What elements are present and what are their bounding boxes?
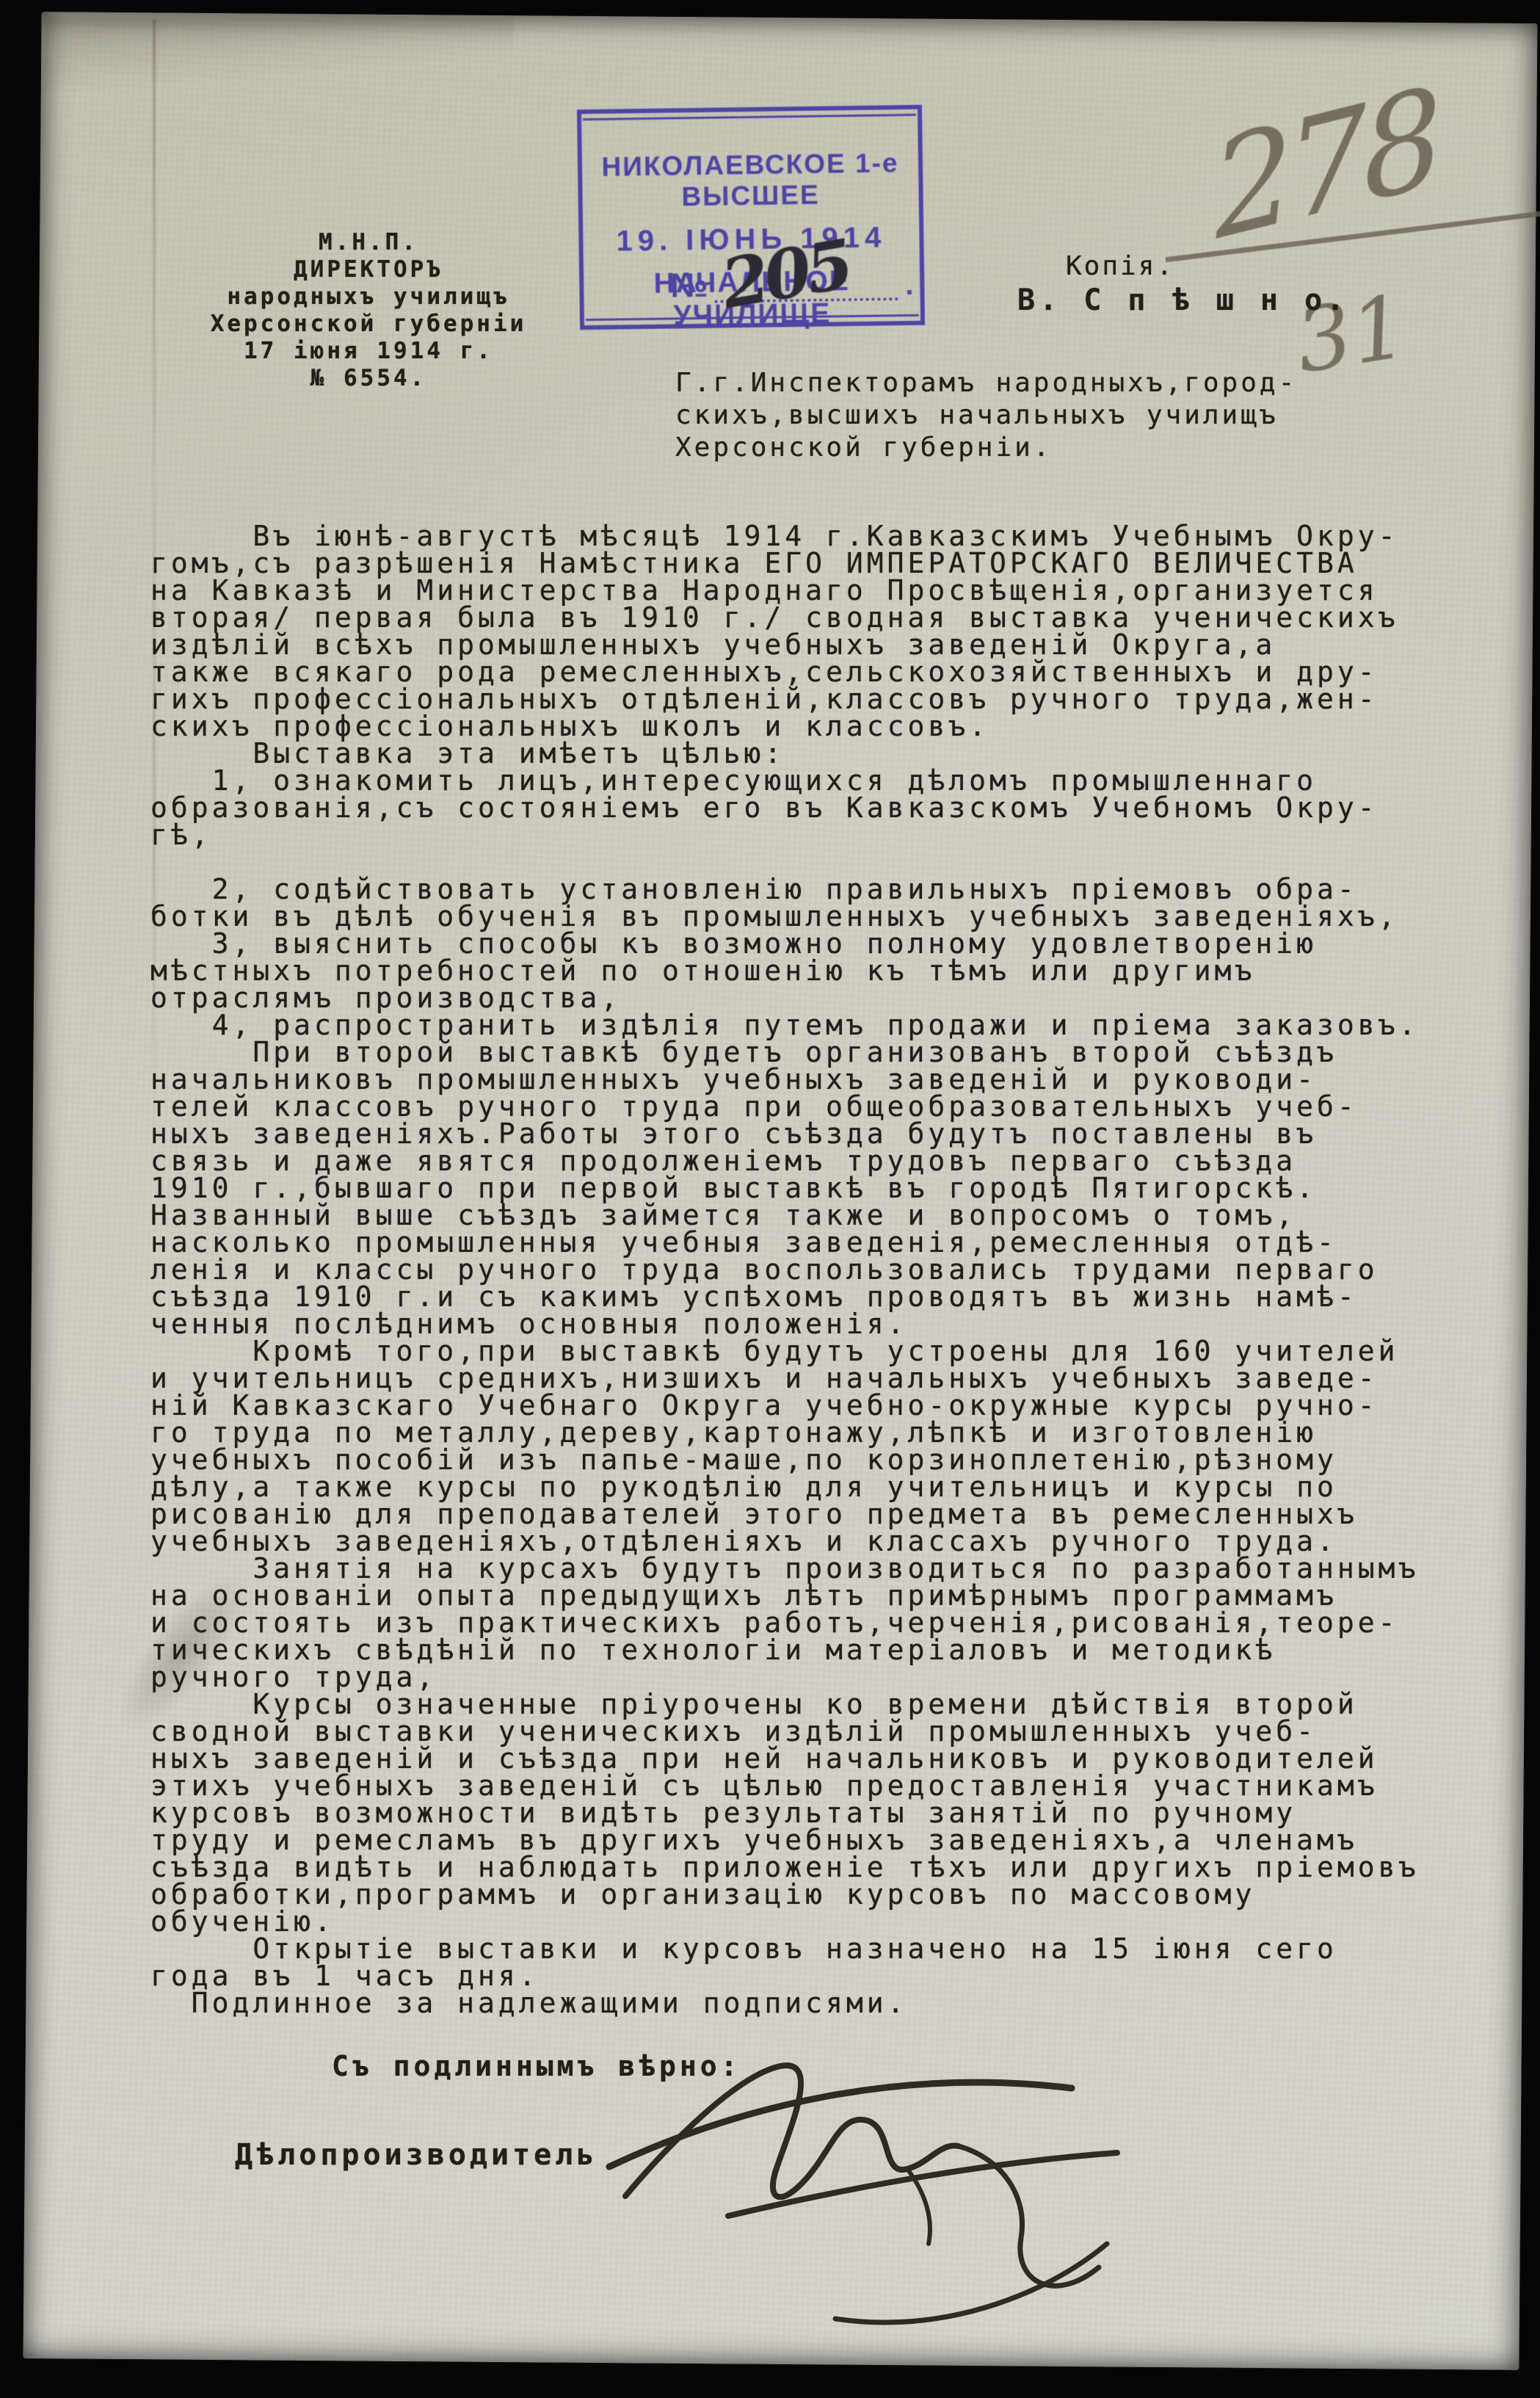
body-line: дѣлу,а также курсы по рукодѣлію для учит… — [150, 1474, 1419, 1501]
body-line: труду и ремесламъ въ другихъ учебныхъ за… — [150, 1827, 1419, 1854]
body-line: гѣ, — [150, 822, 1419, 849]
addressee-line: Херсонской губерніи. — [675, 432, 1297, 464]
body-line: съѣзда видѣть и наблюдать приложеніе тѣх… — [150, 1854, 1419, 1881]
body-line: на Кавказѣ и Министерства Народнаго Прос… — [150, 577, 1419, 604]
body-line: сводной выставки ученическихъ издѣлій пр… — [150, 1718, 1419, 1745]
body-line: года въ 1 часъ дня. — [150, 1963, 1419, 1990]
scanned-document-page: М.Н.П.ДИРЕКТОРЪнародныхъ училищъХерсонск… — [0, 0, 1540, 2398]
body-line: Открытіе выставки и курсовъ назначено на… — [150, 1935, 1419, 1963]
addressee-line: скихъ,высшихъ начальныхъ училищъ — [675, 399, 1297, 432]
body-line: издѣлій всѣхъ промышленныхъ учебныхъ зав… — [150, 631, 1419, 659]
body-line: тическихъ свѣдѣній по технологіи матеріа… — [150, 1637, 1419, 1664]
document-body: Въ іюнѣ-августѣ мѣсяцѣ 1914 г.Кавказским… — [150, 523, 1419, 2017]
stamp-school-name-line1: НИКОЛАЕВСКОЕ 1-е ВЫСШЕЕ — [582, 148, 919, 214]
body-line: телей классовъ ручного труда при общеобр… — [150, 1093, 1419, 1120]
body-line: курсовъ возможности видѣть результаты за… — [150, 1800, 1419, 1827]
body-line: и учительницъ среднихъ,низшихъ и начальн… — [150, 1365, 1419, 1392]
body-line: При второй выставкѣ будетъ организованъ … — [150, 1039, 1419, 1066]
stamp-handwritten-number: 205 — [716, 224, 855, 324]
body-line — [150, 849, 1419, 876]
letterhead-line: ДИРЕКТОРЪ — [181, 256, 556, 283]
body-line: 3, выяснить способы къ возможно полному … — [150, 930, 1419, 957]
stamp-period: . — [905, 269, 914, 302]
letterhead: М.Н.П.ДИРЕКТОРЪнародныхъ училищъХерсонск… — [181, 229, 556, 392]
letterhead-line: М.Н.П. — [181, 229, 556, 256]
letterhead-line: народныхъ училищъ — [181, 283, 556, 311]
body-line: 1, ознакомить лицъ,интересующихся дѣломъ… — [150, 767, 1419, 794]
body-line: ченныя послѣднимъ основныя положенія. — [150, 1311, 1419, 1338]
letterhead-line: Херсонской губерніи — [181, 311, 556, 338]
body-line: 2, содѣйствовать установленію правильных… — [150, 876, 1419, 903]
letterhead-line: № 6554. — [181, 365, 556, 392]
copy-label: Копія. — [1066, 251, 1174, 281]
body-line: 4, распространить издѣлія путемъ продажи… — [150, 1012, 1419, 1039]
body-line: образованія,съ состояніемъ его въ Кавказ… — [150, 794, 1419, 822]
body-line: обученію. — [150, 1908, 1419, 1935]
body-line: ній Кавказскаго Учебнаго Округа учебно-о… — [150, 1392, 1419, 1419]
body-line: ручного труда, — [150, 1664, 1419, 1691]
body-line: вторая/ первая была въ 1910 г./ сводная … — [150, 604, 1419, 631]
body-line: Занятія на курсахъ будутъ производиться … — [150, 1555, 1419, 1582]
clerk-signature — [558, 2024, 1145, 2347]
letterhead-line: 17 іюня 1914 г. — [181, 338, 556, 365]
stamp-number-row: № . 205 — [584, 256, 920, 312]
body-line: скихъ профессіональныхъ школъ и классовъ… — [150, 713, 1419, 740]
body-line: го труда по металлу,дереву,картонажу,лѣп… — [150, 1419, 1419, 1446]
body-line: на основаніи опыта предыдущихъ лѣтъ прим… — [150, 1582, 1419, 1609]
body-line: этихъ учебныхъ заведеній съ цѣлью предос… — [150, 1772, 1419, 1800]
body-line: начальниковъ промышленныхъ учебныхъ заве… — [150, 1066, 1419, 1093]
body-line: отраслямъ производства, — [150, 985, 1419, 1012]
body-line: Выставка эта имѣетъ цѣлью: — [150, 740, 1419, 767]
urgent-label: В. С п ѣ ш н о. — [1017, 283, 1348, 317]
body-line: ботки въ дѣлѣ обученія въ промышленныхъ … — [150, 903, 1419, 930]
body-line: ленія и классы ручного труда воспользова… — [150, 1256, 1419, 1283]
body-line: Названный выше съѣздъ займется также и в… — [150, 1202, 1419, 1229]
body-line: съѣзда 1910 г.и съ какимъ успѣхомъ прово… — [150, 1283, 1419, 1311]
body-line: учебныхъ пособій изъ папье-маше,по корзи… — [150, 1446, 1419, 1474]
clerk-title: Дѣлопроизводитель — [235, 2138, 598, 2172]
body-line: ныхъ заведеній и съѣзда при ней начальни… — [150, 1745, 1419, 1772]
body-line: рисованію для преподавателей этого предм… — [150, 1501, 1419, 1528]
addressee-block: Г.г.Инспекторамъ народныхъ,город-скихъ,в… — [675, 367, 1297, 464]
body-line: учебныхъ заведеніяхъ,отдѣленіяхъ и класс… — [150, 1528, 1419, 1555]
body-line: ныхъ заведеніяхъ.Работы этого съѣзда буд… — [150, 1120, 1419, 1148]
body-line: гихъ профессіональныхъ отдѣленій,классов… — [150, 686, 1419, 713]
body-line: Подлинное за надлежащими подписями. — [150, 1990, 1419, 2017]
body-line: Курсы означенные пріурочены ко времени д… — [150, 1691, 1419, 1718]
body-line: обработки,программъ и организацію курсов… — [150, 1881, 1419, 1908]
body-line: насколько промышленныя учебныя заведенія… — [150, 1229, 1419, 1256]
body-line: Кромѣ того,при выставкѣ будутъ устроены … — [150, 1338, 1419, 1365]
body-line: и состоять изъ практическихъ работъ,черч… — [150, 1609, 1419, 1637]
body-line: гомъ,съ разрѣшенія Намѣстника ЕГО ИМПЕРА… — [150, 550, 1419, 577]
body-line: также всякаго рода ремесленныхъ,сельскох… — [150, 659, 1419, 686]
body-line: связь и даже явятся продолженіемъ трудов… — [150, 1148, 1419, 1175]
body-line: мѣстныхъ потребностей по отношенію къ тѣ… — [150, 957, 1419, 985]
body-line: Въ іюнѣ-августѣ мѣсяцѣ 1914 г.Кавказским… — [150, 523, 1419, 550]
body-line: 1910 г.,бывшаго при первой выставкѣ въ г… — [150, 1175, 1419, 1202]
addressee-line: Г.г.Инспекторамъ народныхъ,город- — [675, 367, 1297, 399]
stamp-number-sign: № — [670, 265, 708, 305]
reception-stamp: НИКОЛАЕВСКОЕ 1-е ВЫСШЕЕ 19. ІЮНЬ 1914 НА… — [577, 105, 925, 330]
